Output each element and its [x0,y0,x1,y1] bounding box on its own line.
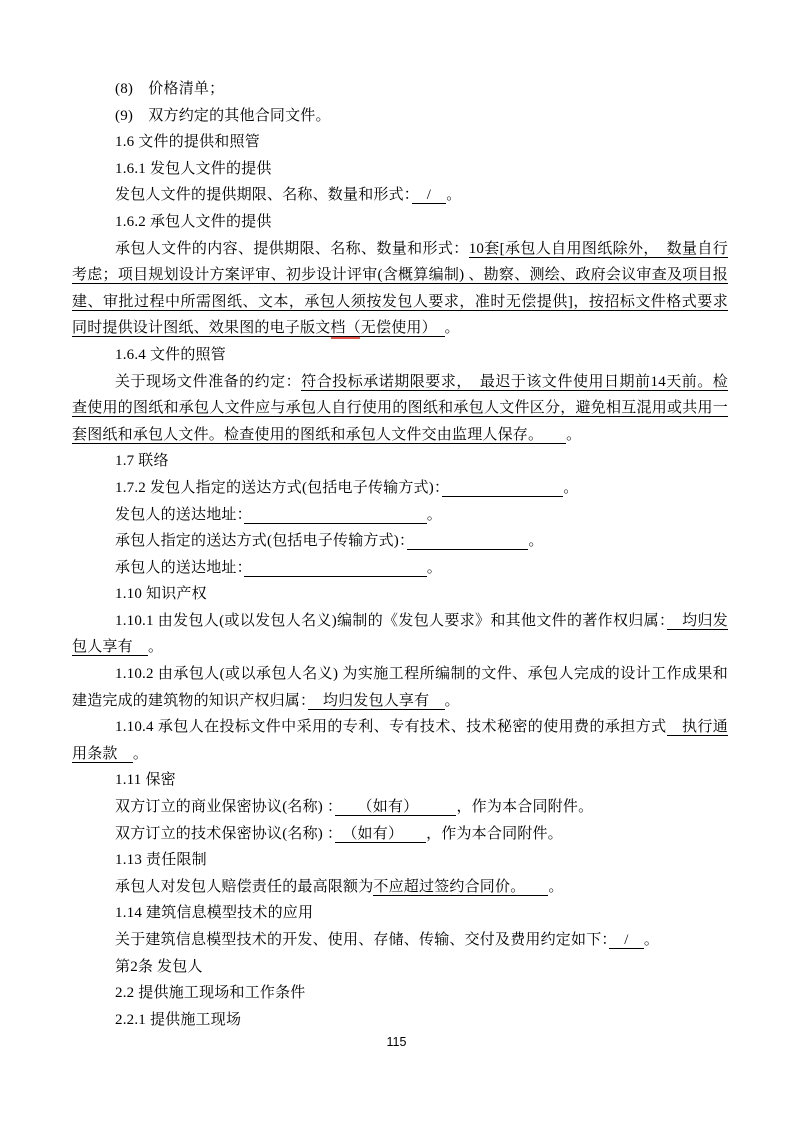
para-contractor-delivery-address: 承包人的送达地址： 。 [72,555,728,582]
text-segment: 第2条 发包人 [115,959,203,975]
filled-blank: / [412,187,447,204]
text-segment: 2.2 提供施工现场和工作条件 [115,985,306,1001]
text-segment: (9) 双方约定的其他合同文件。 [115,108,331,124]
text-segment: 。 [445,693,460,709]
para-1-10-4-patent-fees: 1.10.4 承包人在投标文件中采用的专利、专有技术、技术秘密的使用费的承担方式… [72,714,728,767]
para-1-10-2-ip-ownership: 1.10.2 由承包人(或以承包人名义) 为实施工程所编制的文件、承包人完成的设… [72,661,728,714]
document-body: (8) 价格清单；(9) 双方约定的其他合同文件。1.6 文件的提供和照管1.6… [72,76,728,1033]
text-segment: 1.6.2 承包人文件的提供 [115,214,272,230]
para-liability-limit: 承包人对发包人赔偿责任的最高限额为不应超过签约合同价。 。 [72,874,728,901]
red-proof-mark-text: 档 [330,320,345,337]
heading-1-11: 1.11 保密 [72,767,728,794]
para-business-secrecy-agreement: 双方订立的商业保密协议(名称) ： （如有） ，作为本合同附件。 [72,794,728,821]
text-segment: 2.2.1 提供施工现场 [115,1012,241,1028]
text-segment: 1.7 联络 [115,453,169,469]
para-employer-delivery-address: 发包人的送达地址： 。 [72,502,728,529]
heading-1-13: 1.13 责任限制 [72,847,728,874]
contract-page: (8) 价格清单；(9) 双方约定的其他合同文件。1.6 文件的提供和照管1.6… [0,0,793,1122]
text-segment: 。 [427,560,442,576]
text-segment: 。 [133,746,148,762]
text-segment: 双方订立的商业保密协议(名称) ： [115,799,335,815]
text-segment: (8) 价格清单； [115,81,224,97]
filled-blank: / [609,932,644,949]
text-segment: 。 [566,427,581,443]
filled-blank: （如有） [335,799,457,816]
text-segment: ，作为本合同附件。 [456,799,593,815]
text-segment: 双方订立的技术保密协议(名称) ： [115,826,335,842]
filled-blank: 均归发包人享有 [308,693,445,710]
text-segment: 1.11 保密 [115,772,176,788]
text-segment: 承包人对发包人赔偿责任的最高限额为 [115,879,373,895]
text-segment: 。 [548,879,563,895]
text-segment: 。 [446,187,461,203]
item-9: (9) 双方约定的其他合同文件。 [72,103,728,130]
blank-underline [407,533,529,550]
filled-blank: （无偿使用） [346,320,445,337]
para-contractor-docs: 承包人文件的内容、提供期限、名称、数量和形式：10套[承包人自用图纸除外， 数量… [72,236,728,342]
text-segment: 1.10 知识产权 [115,586,207,602]
text-segment: 。 [427,507,442,523]
para-site-document-care: 关于现场文件准备的约定：符合投标承诺期限要求， 最迟于该文件使用日期前14天前。… [72,369,728,449]
heading-1-6: 1.6 文件的提供和照管 [72,129,728,156]
text-segment: 1.6.1 发包人文件的提供 [115,161,272,177]
text-segment: 1.14 建筑信息模型技术的应用 [115,905,313,921]
heading-1-6-1: 1.6.1 发包人文件的提供 [72,156,728,183]
page-number: 115 [0,1035,793,1049]
text-segment: 1.7.2 发包人指定的送达方式(包括电子传输方式)： [115,480,442,496]
item-8: (8) 价格清单； [72,76,728,103]
blank-underline [244,507,426,524]
heading-article-2: 第2条 发包人 [72,954,728,981]
filled-blank: （如有） [335,826,426,843]
text-segment: ，作为本合同附件。 [426,826,563,842]
text-segment: 发包人文件的提供期限、名称、数量和形式： [115,187,412,203]
para-1-10-1-copyright: 1.10.1 由发包人(或以发包人名义)编制的《发包人要求》和其他文件的著作权归… [72,608,728,661]
heading-1-6-4: 1.6.4 文件的照管 [72,342,728,369]
para-1-7-2-employer-delivery-method: 1.7.2 发包人指定的送达方式(包括电子传输方式)： 。 [72,475,728,502]
text-segment: 。 [445,320,460,336]
text-segment: 。 [528,533,543,549]
para-employer-docs: 发包人文件的提供期限、名称、数量和形式： / 。 [72,182,728,209]
text-segment: 。 [563,480,578,496]
heading-2-2-1: 2.2.1 提供施工现场 [72,1007,728,1034]
text-segment: 1.6.4 文件的照管 [115,347,226,363]
text-segment: 。 [644,932,659,948]
filled-blank: 不应超过签约合同价。 [373,879,548,896]
text-segment: 1.10.1 由发包人(或以发包人名义)编制的《发包人要求》和其他文件的著作权归… [115,613,667,629]
blank-underline [442,480,564,497]
para-bim-application: 关于建筑信息模型技术的开发、使用、存储、传输、交付及费用约定如下： / 。 [72,927,728,954]
text-segment: 1.6 文件的提供和照管 [115,134,260,150]
para-technical-secrecy-agreement: 双方订立的技术保密协议(名称) ： （如有） ，作为本合同附件。 [72,821,728,848]
heading-1-14: 1.14 建筑信息模型技术的应用 [72,900,728,927]
text-segment: 。 [148,639,163,655]
text-segment: 承包人的送达地址： [115,560,244,576]
text-segment: 关于建筑信息模型技术的开发、使用、存储、传输、交付及费用约定如下： [115,932,609,948]
text-segment: 关于现场文件准备的约定： [115,374,301,390]
para-contractor-delivery-method: 承包人指定的送达方式(包括电子传输方式)： 。 [72,528,728,555]
text-segment: 1.10.4 承包人在投标文件中采用的专利、专有技术、技术秘密的使用费的承担方式 [115,719,667,735]
heading-1-10: 1.10 知识产权 [72,581,728,608]
blank-underline [244,560,426,577]
heading-1-7: 1.7 联络 [72,448,728,475]
text-segment: 1.13 责任限制 [115,852,207,868]
text-segment: 承包人指定的送达方式(包括电子传输方式)： [115,533,407,549]
heading-2-2: 2.2 提供施工现场和工作条件 [72,980,728,1007]
text-segment: 发包人的送达地址： [115,507,244,523]
text-segment: 承包人文件的内容、提供期限、名称、数量和形式： [115,241,469,257]
heading-1-6-2: 1.6.2 承包人文件的提供 [72,209,728,236]
